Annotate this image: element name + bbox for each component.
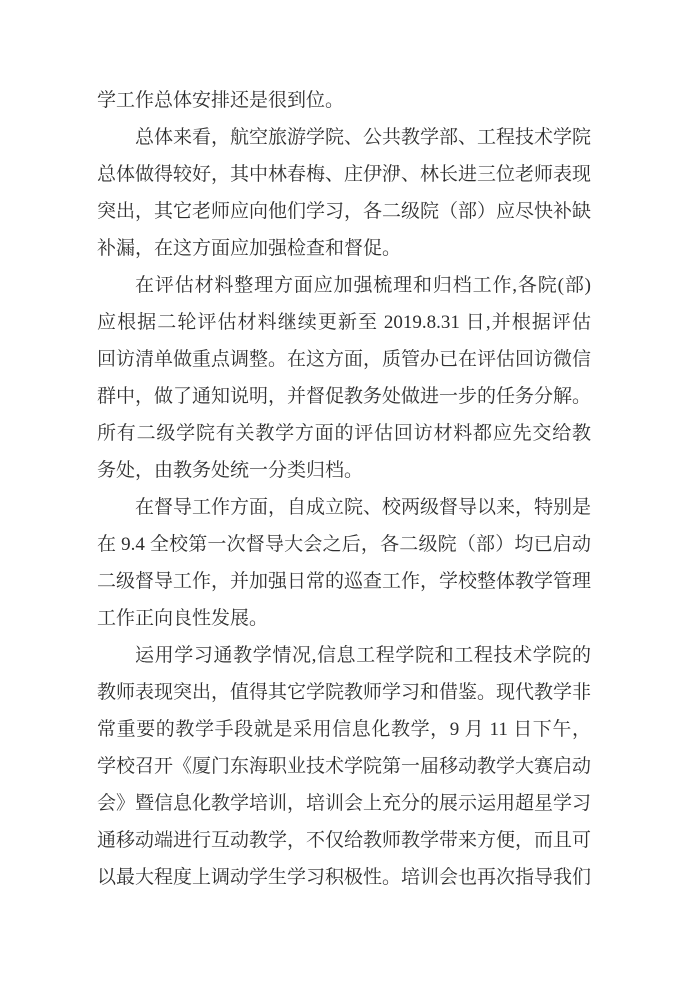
text-line: 所有二级学院有关教学方面的评估回访材料都应先交给教 bbox=[97, 415, 591, 452]
text-block: 学工作总体安排还是很到位。总体来看，航空旅游学院、公共教学部、工程技术学院总体做… bbox=[97, 82, 591, 896]
text-line: 以最大程度上调动学生学习积极性。培训会也再次指导我们 bbox=[97, 859, 591, 896]
text-line: 应根据二轮评估材料继续更新至 2019.8.31 日,并根据评估 bbox=[97, 304, 591, 341]
text-line: 会》暨信息化教学培训，培训会上充分的展示运用超星学习 bbox=[97, 785, 591, 822]
text-line: 群中，做了通知说明，并督促教务处做进一步的任务分解。 bbox=[97, 378, 591, 415]
text-line: 总体来看，航空旅游学院、公共教学部、工程技术学院 bbox=[97, 119, 591, 156]
text-line: 常重要的教学手段就是采用信息化教学，9 月 11 日下午， bbox=[97, 711, 591, 748]
text-line: 学校召开《厦门东海职业技术学院第一届移动教学大赛启动 bbox=[97, 748, 591, 785]
text-line: 回访清单做重点调整。在这方面，质管办已在评估回访微信 bbox=[97, 341, 591, 378]
paragraph: 在评估材料整理方面应加强梳理和归档工作,各院(部)应根据二轮评估材料继续更新至 … bbox=[97, 267, 591, 489]
text-line: 在督导工作方面，自成立院、校两级督导以来，特别是 bbox=[97, 489, 591, 526]
text-line: 在评估材料整理方面应加强梳理和归档工作,各院(部) bbox=[97, 267, 591, 304]
text-line: 学工作总体安排还是很到位。 bbox=[97, 82, 591, 119]
text-line: 工作正向良性发展。 bbox=[97, 600, 591, 637]
text-line: 突出，其它老师应向他们学习，各二级院（部）应尽快补缺 bbox=[97, 193, 591, 230]
text-line: 教师表现突出，值得其它学院教师学习和借鉴。现代教学非 bbox=[97, 674, 591, 711]
paragraph: 总体来看，航空旅游学院、公共教学部、工程技术学院总体做得较好，其中林春梅、庄伊洢… bbox=[97, 119, 591, 267]
text-line: 总体做得较好，其中林春梅、庄伊洢、林长进三位老师表现 bbox=[97, 156, 591, 193]
text-line: 运用学习通教学情况,信息工程学院和工程技术学院的 bbox=[97, 637, 591, 674]
text-line: 通移动端进行互动教学，不仅给教师教学带来方便，而且可 bbox=[97, 822, 591, 859]
text-line: 补漏，在这方面应加强检查和督促。 bbox=[97, 230, 591, 267]
paragraph: 学工作总体安排还是很到位。 bbox=[97, 82, 591, 119]
document-page: 学工作总体安排还是很到位。总体来看，航空旅游学院、公共教学部、工程技术学院总体做… bbox=[0, 0, 700, 990]
text-line: 二级督导工作，并加强日常的巡查工作，学校整体教学管理 bbox=[97, 563, 591, 600]
paragraph: 在督导工作方面，自成立院、校两级督导以来，特别是在 9.4 全校第一次督导大会之… bbox=[97, 489, 591, 637]
paragraph: 运用学习通教学情况,信息工程学院和工程技术学院的教师表现突出，值得其它学院教师学… bbox=[97, 637, 591, 896]
text-line: 在 9.4 全校第一次督导大会之后，各二级院（部）均已启动 bbox=[97, 526, 591, 563]
text-line: 务处，由教务处统一分类归档。 bbox=[97, 452, 591, 489]
